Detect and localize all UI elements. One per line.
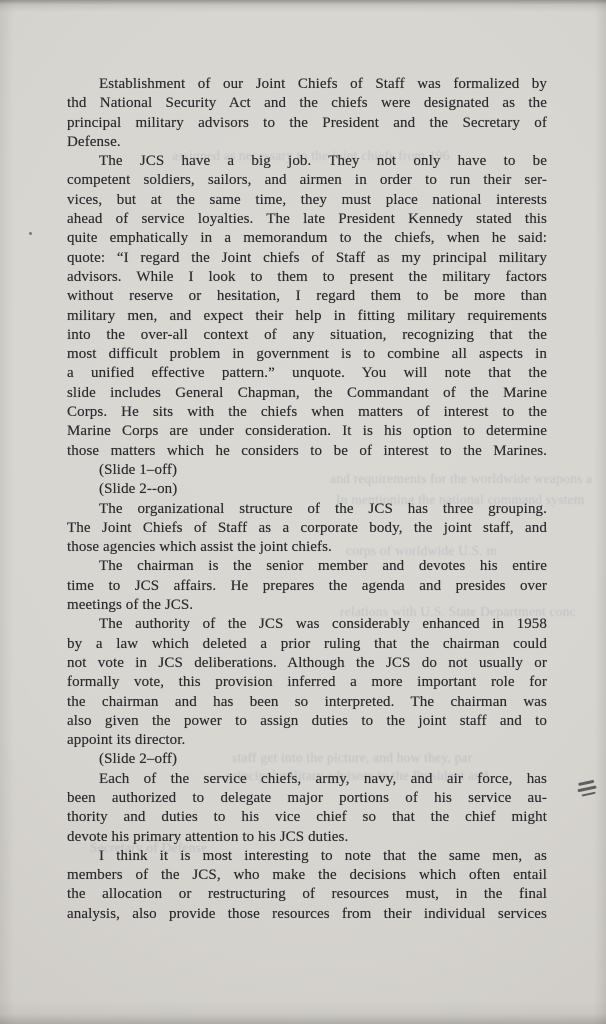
paragraph: The organizational structure of the JCS … <box>67 500 547 558</box>
text-line: devote his primary attention to his JCS … <box>67 828 547 847</box>
text-line: Corps. He sits with the chiefs when matt… <box>67 403 547 422</box>
margin-tally-mark-icon <box>576 776 603 806</box>
text-line: the allocation or restructuring of resou… <box>67 885 547 904</box>
text-line: members of the JCS, who make the decisio… <box>67 866 547 885</box>
text-line: not vote in JCS deliberations. Although … <box>67 654 547 673</box>
text-line: (Slide 1–off) <box>67 461 547 480</box>
text-line: quite emphatically in a memorandum to th… <box>67 229 547 248</box>
text-line: principal military advisors to the Presi… <box>67 114 547 133</box>
text-line: The JCS have a big job. They not only ha… <box>67 152 547 171</box>
paragraph: (Slide 1–off)(Slide 2--on) <box>67 461 547 500</box>
paragraph: The authority of the JCS was considerabl… <box>67 615 547 750</box>
text-line: (Slide 2–off) <box>67 750 547 769</box>
text-line: appoint its director. <box>67 731 547 750</box>
text-line: The Joint Chiefs of Staff as a corporate… <box>67 519 547 538</box>
text-line: I think it is most interesting to note t… <box>67 847 547 866</box>
paragraph: (Slide 2–off) <box>67 750 547 769</box>
paragraph: Establishment of our Joint Chiefs of Sta… <box>67 75 547 152</box>
text-line: also given the power to assign duties to… <box>67 712 547 731</box>
scanned-page: assigned as necessary to the joint chief… <box>0 0 606 1024</box>
text-line: been authorized to delegate major portio… <box>67 789 547 808</box>
text-line: formally vote, this provision inferred a… <box>67 673 547 692</box>
paper-speck <box>29 232 32 235</box>
text-line: Establishment of our Joint Chiefs of Sta… <box>67 75 547 94</box>
paragraph: I think it is most interesting to note t… <box>67 847 547 924</box>
text-line: The authority of the JCS was considerabl… <box>67 615 547 634</box>
text-line: thd National Security Act and the chiefs… <box>67 94 547 113</box>
text-line: those agencies which assist the joint ch… <box>67 538 547 557</box>
text-line: ahead of service loyalties. The late Pre… <box>67 210 547 229</box>
text-line: The chairman is the senior member and de… <box>67 557 547 576</box>
text-line: advisors. While I look to them to presen… <box>67 268 547 287</box>
text-line: Marine Corps are under consideration. It… <box>67 422 547 441</box>
paragraph: The chairman is the senior member and de… <box>67 557 547 615</box>
text-line: Defense. <box>67 133 547 152</box>
text-line: time to JCS affairs. He prepares the age… <box>67 577 547 596</box>
text-line: without reserve or hesitation, I regard … <box>67 287 547 306</box>
text-line: (Slide 2--on) <box>67 480 547 499</box>
page-text-block: Establishment of our Joint Chiefs of Sta… <box>67 75 547 924</box>
paragraph: The JCS have a big job. They not only ha… <box>67 152 547 461</box>
text-line: thority and duties to his vice chief so … <box>67 808 547 827</box>
text-line: Each of the service chiefs, army, navy, … <box>67 770 547 789</box>
text-line: a unified effective pattern.” unquote. Y… <box>67 364 547 383</box>
text-line: the chairman and has been so interpreted… <box>67 693 547 712</box>
text-line: into the over-all context of any situati… <box>67 326 547 345</box>
text-line: slide includes General Chapman, the Comm… <box>67 384 547 403</box>
text-line: those matters which he considers to be o… <box>67 442 547 461</box>
text-line: meetings of the JCS. <box>67 596 547 615</box>
text-line: by a law which deleted a prior ruling th… <box>67 635 547 654</box>
text-line: vices, but at the same time, they must p… <box>67 191 547 210</box>
paragraph: Each of the service chiefs, army, navy, … <box>67 770 547 847</box>
text-line: The organizational structure of the JCS … <box>67 500 547 519</box>
text-line: military men, and expect their help in f… <box>67 307 547 326</box>
text-line: analysis, also provide those resources f… <box>67 905 547 924</box>
text-line: competent soldiers, sailors, and airmen … <box>67 171 547 190</box>
text-line: quote: “I regard the Joint chiefs of Sta… <box>67 249 547 268</box>
text-line: most difficult problem in government is … <box>67 345 547 364</box>
